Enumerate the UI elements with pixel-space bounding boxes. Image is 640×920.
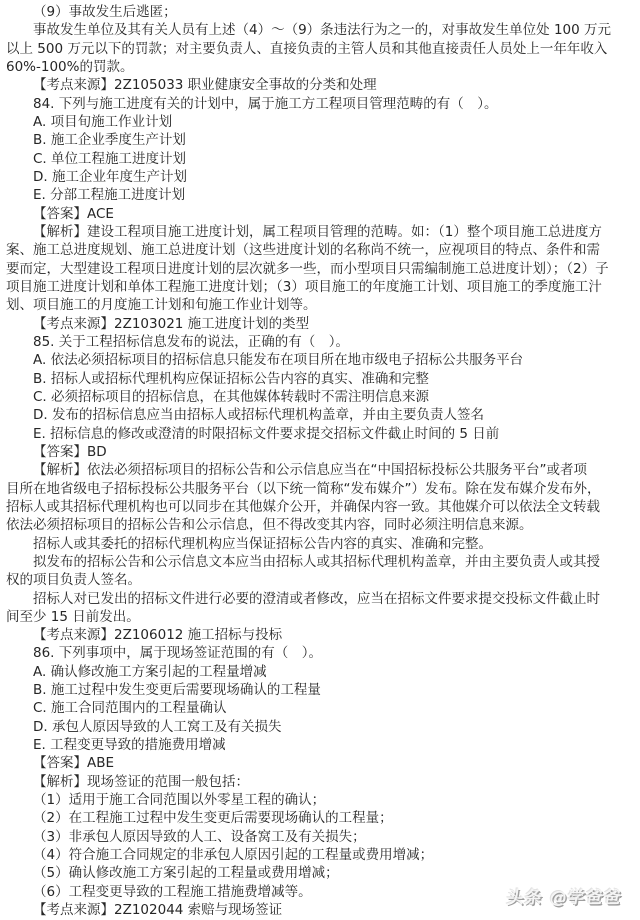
line-question: 84. 下列与施工进度有关的计划中，属于施工方工程项目管理范畴的有（ ）。 [6,95,634,113]
line-analysis: 权的项目负责人签名。 [6,571,634,589]
line-source: 【考点来源】2Z106012 施工招标与投标 [6,626,634,644]
line-analysis: 依法必须招标项目的招标公告和公示信息，但不得改变其内容，同时必须注明信息来源。 [6,516,634,534]
line-list: （1）适用于施工合同范围以外零星工程的确认； [6,791,634,809]
line-option: D. 承包人原因导致的人工窝工及有关损失 [6,718,634,736]
line-analysis: 项目施工进度计划和单体工程施工进度计划；（3）项目施工的年度施工计划、项目施工的… [6,278,634,296]
line-analysis: 拟发布的招标公告和公示信息文本应当由招标人或其招标代理机构盖章，并由主要负责人或… [6,553,634,571]
document-body: （9）事故发生后逃匿；事故发生单位及其有关人员有上述（4）～（9）条违法行为之一… [0,0,640,919]
document-page: （9）事故发生后逃匿；事故发生单位及其有关人员有上述（4）～（9）条违法行为之一… [0,0,640,920]
line-option: B. 施工过程中发生变更后需要现场确认的工程量 [6,681,634,699]
line-option: B. 招标人或招标代理机构应保证招标公告内容的真实、准确和完整 [6,370,634,388]
line-question: 85. 关于工程招标信息发布的说法，正确的有（ ）。 [6,333,634,351]
line-answer: 【答案】BD [6,443,634,461]
line-body: （9）事故发生后逃匿； [6,3,634,21]
toutiao-watermark: 头条 @学爸爸 [506,883,624,908]
line-option: A. 依法必须招标项目的招标信息只能发布在项目所在地市级电子招标公共服务平台 [6,351,634,369]
line-body: 60%-100%的罚款。 [6,58,634,76]
line-answer: 【答案】ACE [6,205,634,223]
line-list: （3）非承包人原因导致的人工、设备窝工及有关损失； [6,828,634,846]
line-option: A. 确认修改施工方案引起的工程量增减 [6,663,634,681]
line-analysis: 【解析】现场签证的范围一般包括： [6,773,634,791]
line-analysis: 案、施工总进度规划、施工总进度计划（这些进度计划的名称尚不统一，应视项目的特点、… [6,241,634,259]
line-list: （4）符合施工合同规定的非承包人原因引起的工程量或费用增减； [6,846,634,864]
line-list: （5）确认修改施工方案引起的工程量或费用增减； [6,864,634,882]
line-option: B. 施工企业季度生产计划 [6,131,634,149]
line-source: 【考点来源】2Z103021 施工进度计划的类型 [6,315,634,333]
line-option: D. 施工企业年度生产计划 [6,168,634,186]
line-analysis: 间至少 15 日前发出。 [6,608,634,626]
line-question: 86. 下列事项中，属于现场签证范围的有（ ）。 [6,644,634,662]
line-analysis: 招标人对已发出的招标文件进行必要的澄清或者修改，应当在招标文件要求提交投标文件截… [6,590,634,608]
line-source: 【考点来源】2Z105033 职业健康安全事故的分类和处理 [6,76,634,94]
line-option: C. 单位工程施工进度计划 [6,150,634,168]
line-option: D. 发布的招标信息应当由招标人或招标代理机构盖章，并由主要负责人签名 [6,406,634,424]
line-analysis: 招标人或其委托的招标代理机构应当保证招标公告内容的真实、准确和完整。 [6,535,634,553]
line-analysis: 【解析】依法必须招标项目的招标公告和公示信息应当在“中国招标投标公共服务平台”或… [6,461,634,479]
line-analysis: 招标人或其招标代理机构也可以同步在其他媒介公开，并确保内容一致。其他媒介可以依法… [6,498,634,516]
line-body: 事故发生单位及其有关人员有上述（4）～（9）条违法行为之一的，对事故发生单位处 … [6,21,634,39]
line-analysis: 要而定，大型建设工程项日进度计划的层次就多一些，而小型项目只需编制施工总进度计划… [6,260,634,278]
line-option: E. 工程变更导致的措施费用增减 [6,736,634,754]
line-analysis: 目所在地省级电子招标投标公共服务平台（以下统一简称“发布媒介”）发布。除在发布媒… [6,480,634,498]
line-option: C. 施工合同范围内的工程量确认 [6,699,634,717]
line-option: C. 必须招标项目的招标信息，在其他媒体转载时不需注明信息来源 [6,388,634,406]
line-analysis: 【解析】建设工程项目施工进度计划，属工程项目管理的范畴。如：（1）整个项目施工总… [6,223,634,241]
line-answer: 【答案】ABE [6,754,634,772]
line-analysis: 划、项目施工的月度施工计划和旬施工作业计划等。 [6,296,634,314]
line-body: 以上 500 万元以下的罚款；对主要负责人、直接负责的主管人员和其他直接责任人员… [6,40,634,58]
line-option: E. 招标信息的修改或澄清的时限招标文件要求提交招标文件截止时间的 5 日前 [6,425,634,443]
line-option: E. 分部工程施工进度计划 [6,186,634,204]
line-list: （2）在工程施工过程中发生变更后需要现场确认的工程量； [6,809,634,827]
line-option: A. 项目旬施工作业计划 [6,113,634,131]
